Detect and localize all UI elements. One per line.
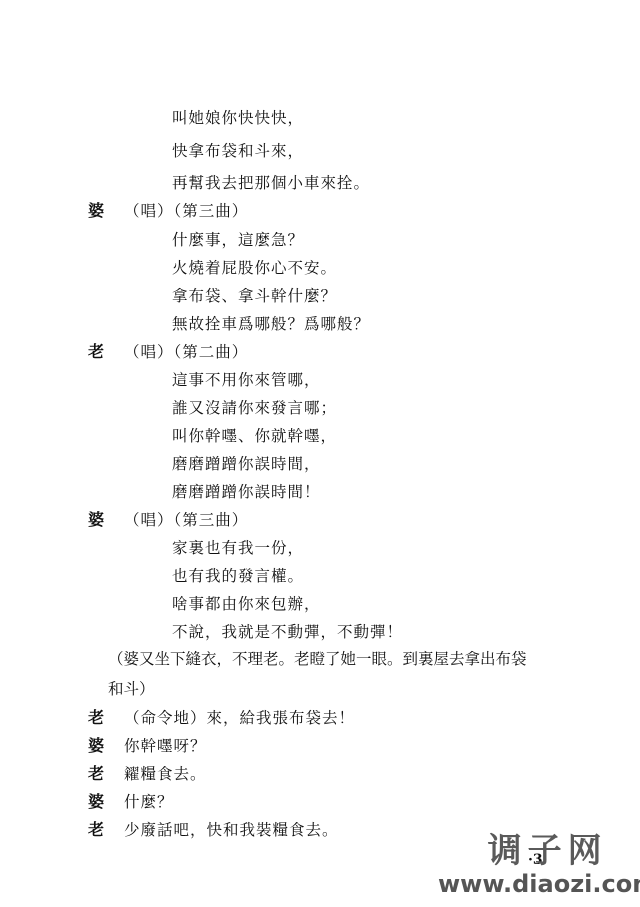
speaker-name: 老: [88, 708, 104, 728]
verse-line: 什麼事，這麼急？: [172, 230, 304, 250]
verse-line: 叫她娘你快快快，: [172, 108, 304, 128]
speaker-name: 老: [88, 820, 104, 840]
stage-cue: （唱）（第二曲）: [124, 342, 248, 362]
verse-line: 叫你幹嚜、你就幹嚜，: [172, 426, 337, 446]
speaker-name: 老: [88, 764, 104, 784]
speaker-name: 老: [88, 342, 104, 362]
watermark-name: 调子网: [438, 832, 640, 870]
verse-line: 磨磨蹭蹭你誤時間，: [172, 454, 321, 474]
stage-direction-line: 和斗）: [108, 679, 155, 699]
dialogue-line: 你幹嚜呀？: [124, 736, 207, 756]
verse-line: 火燒着屁股你心不安。: [172, 258, 337, 278]
verse-line: 再幫我去把那個小車來拴。: [172, 173, 370, 193]
stage-direction-line: （婆又坐下縫衣，不理老。老瞪了她一眼。到裏屋去拿出布袋: [108, 649, 527, 669]
verse-line: 誰又沒請你來發言哪；: [172, 398, 337, 418]
verse-line: 快拿布袋和斗來，: [172, 141, 304, 161]
watermark-url: www.diaozi.com: [438, 870, 640, 898]
speaker-name: 婆: [88, 792, 104, 812]
watermark: 调子网 www.diaozi.com: [438, 832, 640, 898]
dialogue-line: 少廢話吧，快和我裝糧食去。: [124, 820, 339, 840]
stage-cue: （唱）（第三曲）: [124, 201, 248, 221]
stage-cue: （唱）（第三曲）: [124, 510, 248, 530]
verse-line: 這事不用你來管哪，: [172, 370, 321, 390]
speaker-name: 婆: [88, 201, 104, 221]
verse-line: 啥事都由你來包辦，: [172, 594, 321, 614]
verse-line: 拿布袋、拿斗幹什麼？: [172, 286, 337, 306]
verse-line: 無故拴車爲哪般？爲哪般？: [172, 314, 370, 334]
speaker-name: 婆: [88, 736, 104, 756]
dialogue-line: 糴糧食去。: [124, 764, 207, 784]
speaker-name: 婆: [88, 510, 104, 530]
verse-line: 不說，我就是不動彈，不動彈！: [172, 622, 403, 642]
verse-line: 磨磨蹭蹭你誤時間！: [172, 482, 321, 502]
verse-line: 也有我的發言權。: [172, 566, 304, 586]
verse-line: 家裏也有我一份，: [172, 538, 304, 558]
dialogue-line: 什麼？: [124, 792, 174, 812]
dialogue-line: （命令地）來，給我張布袋去！: [124, 708, 355, 728]
